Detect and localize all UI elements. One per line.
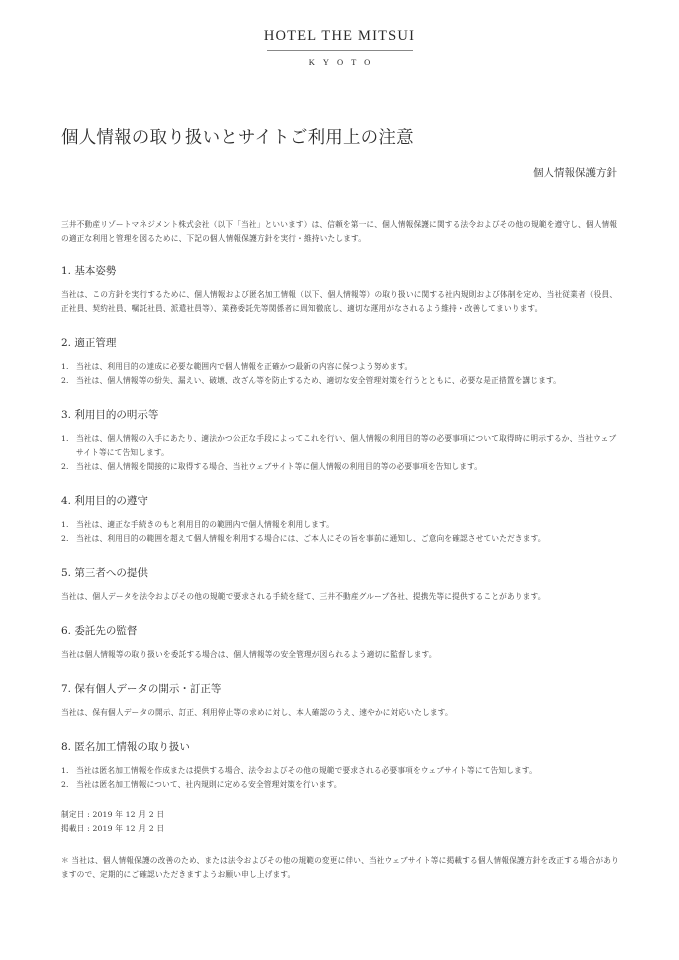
section-title: 8. 匿名加工情報の取り扱い bbox=[61, 740, 621, 754]
page-subtitle: 個人情報保護方針 bbox=[533, 165, 617, 180]
list-number: 1. bbox=[61, 764, 69, 778]
section-list: 1.当社は、適正な手続きのもと利用目的の範囲内で個人情報を利用します。 2.当社… bbox=[61, 518, 621, 546]
list-number: 2. bbox=[61, 460, 69, 474]
section-data-disclosure: 7. 保有個人データの開示・訂正等 当社は、保有個人データの開示、訂正、利用停止… bbox=[61, 682, 621, 720]
list-item: 2.当社は、利用目的の範囲を超えて個人情報を利用する場合には、ご本人にその旨を事… bbox=[61, 532, 621, 546]
section-title: 5. 第三者への提供 bbox=[61, 566, 621, 580]
section-proper-management: 2. 適正管理 1.当社は、利用目的の達成に必要な範囲内で個人情報を正確かつ最新… bbox=[61, 336, 621, 388]
logo-divider bbox=[267, 50, 413, 51]
list-item: 1.当社は匿名加工情報を作成または提供する場合、法令およびその他の規範で要求され… bbox=[61, 764, 621, 778]
section-body: 当社は個人情報等の取り扱いを委託する場合は、個人情報等の安全管理が図られるよう適… bbox=[61, 648, 621, 662]
section-purpose-disclosure: 3. 利用目的の明示等 1.当社は、個人情報の入手にあたり、適法かつ公正な手段に… bbox=[61, 408, 621, 474]
section-contractor-supervision: 6. 委託先の監督 当社は個人情報等の取り扱いを委託する場合は、個人情報等の安全… bbox=[61, 624, 621, 662]
section-body: 当社は、個人データを法令およびその他の規範で要求される手続を経て、三井不動産グル… bbox=[61, 590, 621, 604]
section-title: 6. 委託先の監督 bbox=[61, 624, 621, 638]
intro-paragraph: 三井不動産リゾートマネジメント株式会社（以下「当社」といいます）は、信頼を第一に… bbox=[61, 218, 621, 246]
list-item: 1.当社は、個人情報の入手にあたり、適法かつ公正な手段によってこれを行い、個人情… bbox=[61, 432, 621, 460]
section-third-party: 5. 第三者への提供 当社は、個人データを法令およびその他の規範で要求される手続… bbox=[61, 566, 621, 604]
list-text: 当社は匿名加工情報を作成または提供する場合、法令およびその他の規範で要求される必… bbox=[76, 766, 537, 775]
logo-sub-text: KYOTO bbox=[0, 57, 679, 67]
list-text: 当社は、適正な手続きのもと利用目的の範囲内で個人情報を利用します。 bbox=[76, 520, 334, 529]
section-body: 当社は、この方針を実行するために、個人情報および匿名加工情報（以下、個人情報等）… bbox=[61, 288, 621, 316]
section-title: 4. 利用目的の遵守 bbox=[61, 494, 621, 508]
list-text: 当社は匿名加工情報について、社内規則に定める安全管理対策を行います。 bbox=[76, 780, 342, 789]
published-date: 掲載日 : 2019 年 12 月 2 日 bbox=[61, 822, 621, 836]
section-body: 当社は、保有個人データの開示、訂正、利用停止等の求めに対し、本人確認のうえ、速や… bbox=[61, 706, 621, 720]
list-number: 1. bbox=[61, 518, 69, 532]
list-number: 1. bbox=[61, 360, 69, 374]
section-list: 1.当社は匿名加工情報を作成または提供する場合、法令およびその他の規範で要求され… bbox=[61, 764, 621, 792]
revision-note: ＊ 当社は、個人情報保護の改善のため、または法令およびその他の規範の変更に伴い、… bbox=[61, 854, 621, 882]
list-number: 2. bbox=[61, 374, 69, 388]
list-text: 当社は、個人情報の入手にあたり、適法かつ公正な手段によってこれを行い、個人情報の… bbox=[76, 434, 616, 457]
section-anonymized-info: 8. 匿名加工情報の取り扱い 1.当社は匿名加工情報を作成または提供する場合、法… bbox=[61, 740, 621, 792]
section-title: 2. 適正管理 bbox=[61, 336, 621, 350]
list-text: 当社は、利用目的の範囲を超えて個人情報を利用する場合には、ご本人にその旨を事前に… bbox=[76, 534, 546, 543]
list-item: 2.当社は、個人情報等の紛失、漏えい、破壊、改ざん等を防止するため、適切な安全管… bbox=[61, 374, 621, 388]
list-item: 2.当社は匿名加工情報について、社内規則に定める安全管理対策を行います。 bbox=[61, 778, 621, 792]
list-text: 当社は、利用目的の達成に必要な範囲内で個人情報を正確かつ最新の内容に保つよう努め… bbox=[76, 362, 412, 371]
list-text: 当社は、個人情報等の紛失、漏えい、破壊、改ざん等を防止するため、適切な安全管理対… bbox=[76, 376, 561, 385]
section-title: 7. 保有個人データの開示・訂正等 bbox=[61, 682, 621, 696]
list-text: 当社は、個人情報を間接的に取得する場合、当社ウェブサイト等に個人情報の利用目的等… bbox=[76, 462, 482, 471]
section-title: 3. 利用目的の明示等 bbox=[61, 408, 621, 422]
section-list: 1.当社は、個人情報の入手にあたり、適法かつ公正な手段によってこれを行い、個人情… bbox=[61, 432, 621, 474]
hotel-logo[interactable]: HOTEL THE MITSUI KYOTO bbox=[0, 27, 679, 67]
list-number: 2. bbox=[61, 778, 69, 792]
section-list: 1.当社は、利用目的の達成に必要な範囲内で個人情報を正確かつ最新の内容に保つよう… bbox=[61, 360, 621, 388]
section-purpose-compliance: 4. 利用目的の遵守 1.当社は、適正な手続きのもと利用目的の範囲内で個人情報を… bbox=[61, 494, 621, 546]
section-title: 1. 基本姿勢 bbox=[61, 264, 621, 278]
list-number: 2. bbox=[61, 532, 69, 546]
page-title: 個人情報の取り扱いとサイトご利用上の注意 bbox=[61, 124, 414, 149]
logo-main-text: HOTEL THE MITSUI bbox=[0, 27, 679, 45]
list-item: 1.当社は、適正な手続きのもと利用目的の範囲内で個人情報を利用します。 bbox=[61, 518, 621, 532]
established-date: 制定日 : 2019 年 12 月 2 日 bbox=[61, 808, 621, 822]
policy-dates: 制定日 : 2019 年 12 月 2 日 掲載日 : 2019 年 12 月 … bbox=[61, 808, 621, 836]
list-number: 1. bbox=[61, 432, 69, 446]
list-item: 1.当社は、利用目的の達成に必要な範囲内で個人情報を正確かつ最新の内容に保つよう… bbox=[61, 360, 621, 374]
section-basic-stance: 1. 基本姿勢 当社は、この方針を実行するために、個人情報および匿名加工情報（以… bbox=[61, 264, 621, 316]
list-item: 2.当社は、個人情報を間接的に取得する場合、当社ウェブサイト等に個人情報の利用目… bbox=[61, 460, 621, 474]
policy-content: 三井不動産リゾートマネジメント株式会社（以下「当社」といいます）は、信頼を第一に… bbox=[61, 218, 621, 882]
